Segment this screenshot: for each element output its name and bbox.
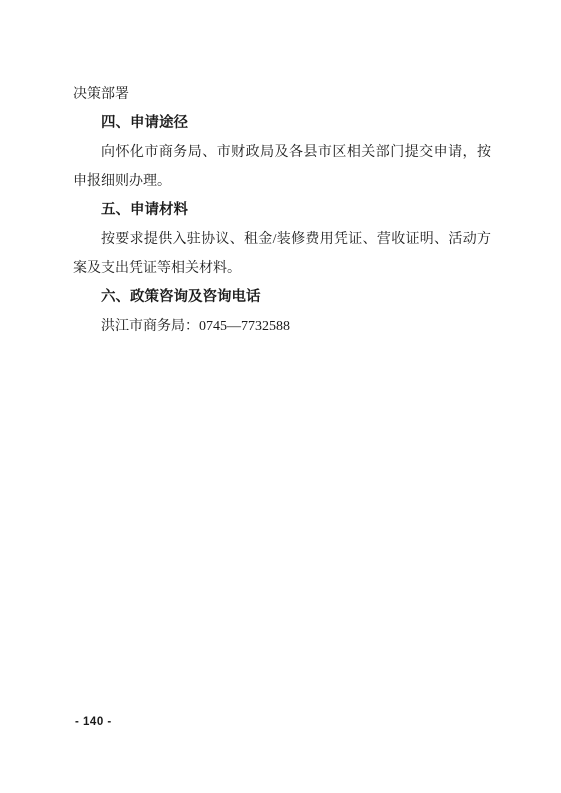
section-heading-5: 五、申请材料 xyxy=(73,196,491,225)
body-line-materials-1: 按要求提供入驻协议、租金/装修费用凭证、营收证明、活动方 xyxy=(73,225,491,254)
body-line-apply-channel-2: 申报细则办理。 xyxy=(73,167,491,196)
paragraph-continuation-line: 决策部署 xyxy=(73,80,491,109)
body-line-apply-channel-1: 向怀化市商务局、市财政局及各县市区相关部门提交申请，按 xyxy=(73,138,491,167)
body-line-materials-2: 案及支出凭证等相关材料。 xyxy=(73,254,491,283)
page-number: - 140 - xyxy=(75,714,112,730)
document-page: 决策部署 四、申请途径 向怀化市商务局、市财政局及各县市区相关部门提交申请，按 … xyxy=(0,0,561,793)
section-heading-4: 四、申请途径 xyxy=(73,109,491,138)
document-body: 决策部署 四、申请途径 向怀化市商务局、市财政局及各县市区相关部门提交申请，按 … xyxy=(73,80,491,341)
body-line-contact-phone: 洪江市商务局：0745—7732588 xyxy=(73,312,491,341)
section-heading-6: 六、政策咨询及咨询电话 xyxy=(73,283,491,312)
